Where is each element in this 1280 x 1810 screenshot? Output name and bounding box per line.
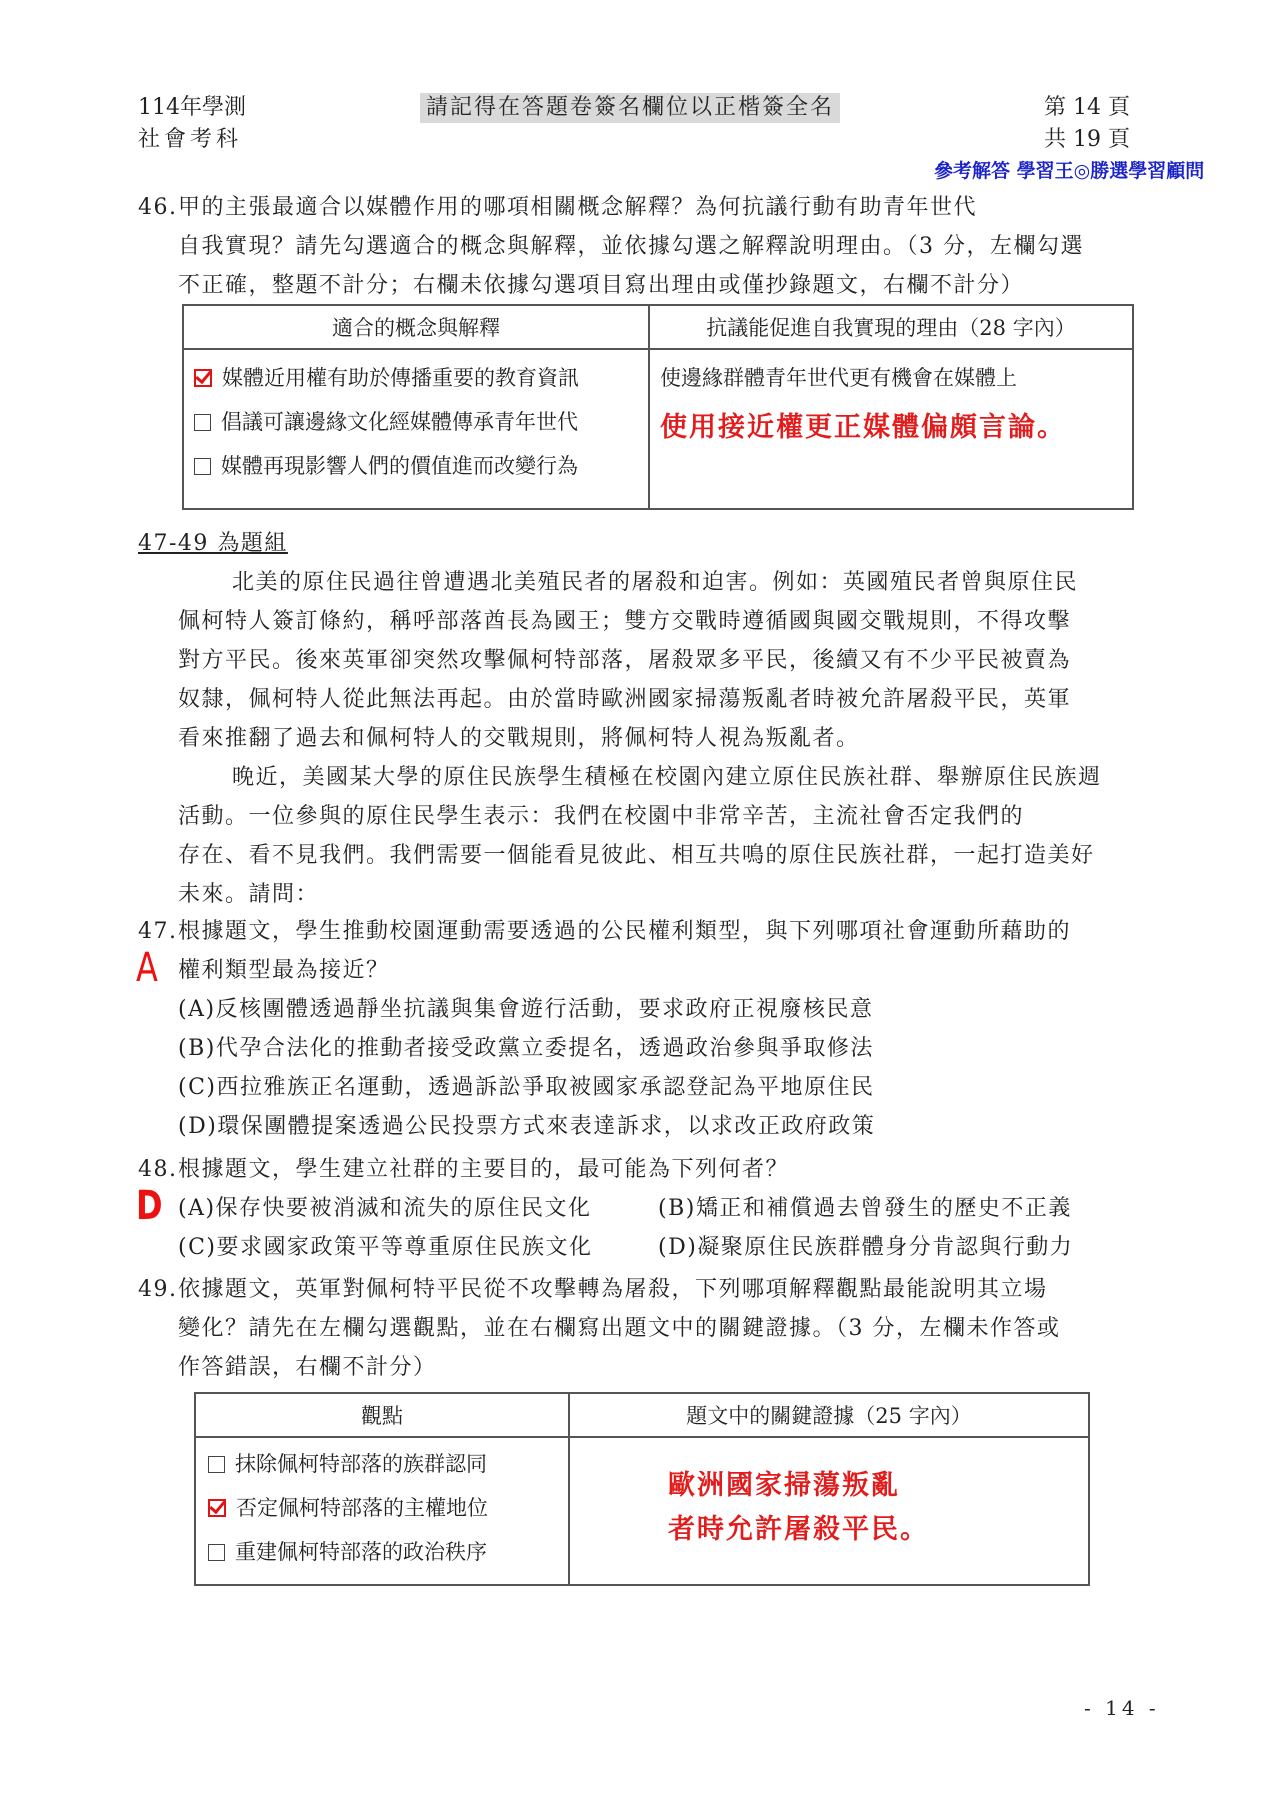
passage: 北美的原住民過往曾遭遇北美殖民者的屠殺和迫害。例如：英國殖民者曾與原住民 佩柯特… [138, 563, 1102, 914]
options-cell: 抹除佩柯特部落的族群認同 否定佩柯特部落的主權地位 重建佩柯特部落的政治秩序 [195, 1437, 569, 1585]
question-group-title: 47-49 為題組 [138, 524, 288, 563]
options-cell: 媒體近用權有助於傳播重要的教育資訊 倡議可讓邊緣文化經媒體傳承青年世代 媒體再現… [183, 349, 649, 509]
option-row[interactable]: 媒體再現影響人們的價值進而改變行為 [184, 444, 648, 488]
option-label: 媒體近用權有助於傳播重要的教育資訊 [222, 366, 579, 390]
option-row[interactable]: 否定佩柯特部落的主權地位 [196, 1486, 568, 1530]
checkbox-checked-icon[interactable] [208, 1499, 226, 1517]
passage-line: 北美的原住民過往曾遭遇北美殖民者的屠殺和迫害。例如：英國殖民者曾與原住民 [138, 563, 1102, 602]
option-row[interactable]: 媒體近用權有助於傳播重要的教育資訊 [184, 356, 648, 400]
question-text: 自我實現？請先勾選適合的概念與解釋，並依據勾選之解釋說明理由。（3 分，左欄勾選 [138, 227, 1084, 266]
option-label: 否定佩柯特部落的主權地位 [236, 1496, 488, 1520]
option-a[interactable]: (A)反核團體透過靜坐抗議與集會遊行活動，要求政府正視廢核民意 [138, 990, 1071, 1029]
option-b[interactable]: (B)矯正和補償過去曾發生的歷史不正義 [658, 1196, 1072, 1221]
page-total: 共 19 頁 [1044, 124, 1130, 156]
option-label: 媒體再現影響人們的價值進而改變行為 [221, 454, 578, 478]
passage-line: 看來推翻了過去和佩柯特人的交戰規則，將佩柯特人視為叛亂者。 [138, 719, 1102, 758]
option-label: 抹除佩柯特部落的族群認同 [235, 1452, 487, 1476]
checkbox-empty-icon[interactable] [194, 414, 211, 431]
passage-line: 活動。一位參與的原住民學生表示：我們在校園中非常辛苦，主流社會否定我們的 [138, 797, 1102, 836]
page-number: - 14 - [1084, 1696, 1160, 1720]
checkbox-empty-icon[interactable] [208, 1544, 225, 1561]
question-text: 依據題文，英軍對佩柯特平民從不攻擊轉為屠殺，下列哪項解釋觀點最能說明其立場 [178, 1277, 1048, 1302]
answer-table-46: 適合的概念與解釋 抗議能促進自我實現的理由（28 字內） 媒體近用權有助於傳播重… [182, 304, 1134, 510]
reason-cell[interactable]: 使邊緣群體青年世代更有機會在媒體上 使用接近權更正媒體偏頗言論。 [649, 349, 1133, 509]
passage-line: 未來。請問： [138, 875, 1102, 914]
answer-mark-48: D [136, 1186, 163, 1226]
table-header-reason: 抗議能促進自我實現的理由（28 字內） [649, 305, 1133, 349]
question-text: 作答錯誤，右欄不計分） [138, 1348, 1061, 1387]
option-label: 倡議可讓邊緣文化經媒體傳承青年世代 [221, 410, 578, 434]
option-d[interactable]: (D)環保團體提案透過公民投票方式來表達訴求，以求改正政府政策 [138, 1107, 1071, 1146]
signature-notice: 請記得在答題卷簽名欄位以正楷簽全名 [420, 93, 840, 123]
question-text: 根據題文，學生建立社群的主要目的，最可能為下列何者？ [178, 1157, 789, 1182]
question-text: 根據題文，學生推動校園運動需要透過的公民權利類型，與下列哪項社會運動所藉助的 [178, 919, 1071, 944]
table-header-viewpoint: 觀點 [195, 1393, 569, 1437]
option-c[interactable]: (C)西拉雅族正名運動，透過訴訟爭取被國家承認登記為平地原住民 [138, 1068, 1071, 1107]
checkbox-empty-icon[interactable] [194, 458, 211, 475]
option-row[interactable]: 重建佩柯特部落的政治秩序 [196, 1530, 568, 1574]
question-48: 48.根據題文，學生建立社群的主要目的，最可能為下列何者？ (A)保存快要被消滅… [138, 1150, 1073, 1267]
option-label: 重建佩柯特部落的政治秩序 [235, 1540, 487, 1564]
option-row[interactable]: 抹除佩柯特部落的族群認同 [196, 1442, 568, 1486]
question-text: 甲的主張最適合以媒體作用的哪項相關概念解釋？為何抗議行動有助青年世代 [178, 195, 977, 220]
passage-line: 對方平民。後來英軍卻突然攻擊佩柯特部落，屠殺眾多平民，後續又有不少平民被賣為 [138, 641, 1102, 680]
option-d[interactable]: (D)凝聚原住民族群體身分肯認與行動力 [658, 1235, 1073, 1260]
answer-mark-47: A [136, 948, 158, 988]
handwritten-answer-line2: 者時允許屠殺平民。 [668, 1508, 1088, 1552]
answer-watermark: 參考解答 學習王◎勝選學習顧問 [934, 156, 1204, 183]
option-b[interactable]: (B)代孕合法化的推動者接受政黨立委提名，透過政治參與爭取修法 [138, 1029, 1071, 1068]
passage-line: 奴隸，佩柯特人從此無法再起。由於當時歐洲國家掃蕩叛亂者時被允許屠殺平民，英軍 [138, 680, 1102, 719]
question-number: 49. [138, 1270, 178, 1309]
handwritten-answer: 使用接近權更正媒體偏頗言論。 [660, 400, 1132, 456]
question-47: 47.根據題文，學生推動校園運動需要透過的公民權利類型，與下列哪項社會運動所藉助… [138, 912, 1071, 1146]
checkbox-empty-icon[interactable] [208, 1456, 225, 1473]
question-text: 權利類型最為接近？ [138, 951, 1071, 990]
passage-line: 晚近，美國某大學的原住民族學生積極在校園內建立原住民族社群、舉辦原住民族週 [138, 758, 1102, 797]
page-info: 第 14 頁 共 19 頁 [1044, 92, 1130, 156]
table-header-evidence: 題文中的關鍵證據（25 字內） [569, 1393, 1089, 1437]
evidence-cell[interactable]: 歐洲國家掃蕩叛亂 者時允許屠殺平民。 [569, 1437, 1089, 1585]
handwritten-answer-line1: 歐洲國家掃蕩叛亂 [668, 1464, 1088, 1508]
option-row[interactable]: 倡議可讓邊緣文化經媒體傳承青年世代 [184, 400, 648, 444]
option-c[interactable]: (C)要求國家政策平等尊重原住民族文化 [178, 1228, 658, 1267]
reason-text: 使邊緣群體青年世代更有機會在媒體上 [660, 356, 1132, 400]
page-current: 第 14 頁 [1044, 92, 1130, 124]
checkbox-checked-icon[interactable] [194, 369, 212, 387]
header-exam-info: 114年學測 社會考科 [138, 92, 246, 156]
question-49: 49.依據題文，英軍對佩柯特平民從不攻擊轉為屠殺，下列哪項解釋觀點最能說明其立場… [138, 1270, 1061, 1387]
answer-table-49: 觀點 題文中的關鍵證據（25 字內） 抹除佩柯特部落的族群認同 否定佩柯特部落的… [194, 1392, 1090, 1586]
passage-line: 佩柯特人簽訂條約，稱呼部落酋長為國王；雙方交戰時遵循國與國交戰規則，不得攻擊 [138, 602, 1102, 641]
question-number: 46. [138, 188, 178, 227]
exam-year: 114年學測 [138, 92, 246, 124]
table-header-concept: 適合的概念與解釋 [183, 305, 649, 349]
question-46: 46.甲的主張最適合以媒體作用的哪項相關概念解釋？為何抗議行動有助青年世代 自我… [138, 188, 1084, 305]
exam-subject: 社會考科 [138, 124, 246, 156]
question-text: 不正確，整題不計分；右欄未依據勾選項目寫出理由或僅抄錄題文，右欄不計分） [138, 266, 1084, 305]
question-text: 變化？請先在左欄勾選觀點，並在右欄寫出題文中的關鍵證據。（3 分，左欄未作答或 [138, 1309, 1061, 1348]
option-a[interactable]: (A)保存快要被消滅和流失的原住民文化 [178, 1189, 658, 1228]
passage-line: 存在、看不見我們。我們需要一個能看見彼此、相互共鳴的原住民族社群，一起打造美好 [138, 836, 1102, 875]
